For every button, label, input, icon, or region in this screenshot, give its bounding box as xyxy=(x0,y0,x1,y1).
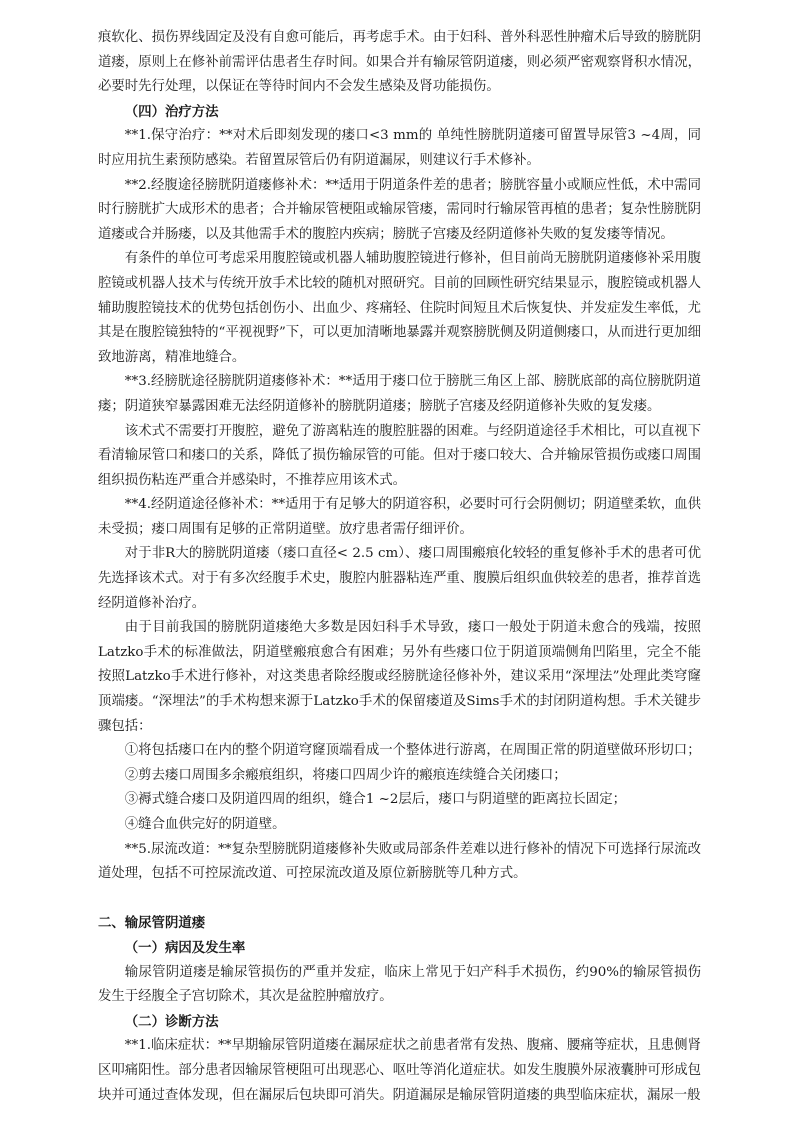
subsection-heading-etiology-incidence: （一）病因及发生率 xyxy=(98,936,701,961)
subsection-heading-diagnosis-methods: （二）诊断方法 xyxy=(98,1010,701,1035)
paragraph-latzko-deep-burial-method: 由于目前我国的膀胱阴道瘘绝大多数是因妇科手术导致，瘘口一般处于阴道未愈合的残端，… xyxy=(98,616,701,739)
list-item-step-4: ④缝合血供完好的阴道壁。 xyxy=(98,813,701,838)
paragraph-surgery-timing-continuation: 痕软化、损伤界线固定及没有自愈可能后，再考虑手术。由于妇科、普外科恶性肿瘤术后导… xyxy=(98,26,701,100)
paragraph-laparoscopic-repair: 有条件的单位可考虑采用腹腔镜或机器人辅助腹腔镜进行修补，但目前尚无膀胱阴道瘘修补… xyxy=(98,247,701,370)
paragraph-etiology-incidence: 输尿管阴道瘘是输尿管损伤的严重并发症，临床上常见于妇产科手术损伤，约90%的输尿… xyxy=(98,961,701,1010)
paragraph-transvaginal-selection: 对于非R大的膀胱阴道瘘（瘘口直径< 2.5 cm）、瘘口周围瘢痕化较轻的重复修补… xyxy=(98,542,701,616)
paragraph-transvaginal-repair: **4.经阴道途径修补术：**适用于有足够大的阴道容积，必要时可行会阴侧切；阴道… xyxy=(98,493,701,542)
paragraph-transvesical-repair-notes: 该术式不需要打开腹腔，避免了游离粘连的腹腔脏器的困难。与经阴道途径手术相比，可以… xyxy=(98,420,701,494)
document-page: 痕软化、损伤界线固定及没有自愈可能后，再考虑手术。由于妇科、普外科恶性肿瘤术后导… xyxy=(0,0,793,1122)
list-item-step-3: ③褥式缝合瘘口及阴道四周的组织，缝合1 ~2层后，瘘口与阴道壁的距离拉长固定； xyxy=(98,788,701,813)
paragraph-urinary-diversion: **5.尿流改道：**复杂型膀胱阴道瘘修补失败或局部条件差难以进行修补的情况下可… xyxy=(98,838,701,887)
list-item-step-1: ①将包括瘘口在内的整个阴道穹窿顶端看成一个整体进行游离，在周围正常的阴道壁做环形… xyxy=(98,739,701,764)
paragraph-conservative-treatment: **1.保守治疗：**对术后即刻发现的瘘口<3 mm的 单纯性膀胱阴道瘘可留置导… xyxy=(98,124,701,173)
paragraph-transabdominal-repair: **2.经腹途径膀胱阴道瘘修补术：**适用于阴道条件差的患者；膀胱容量小或顺应性… xyxy=(98,174,701,248)
paragraph-clinical-symptoms: **1.临床症状：**早期输尿管阴道瘘在漏尿症状之前患者常有发热、腹痛、腰痛等症… xyxy=(98,1034,701,1108)
section-heading-ureterovaginal-fistula: 二、输尿管阴道瘘 xyxy=(98,911,701,936)
list-item-step-2: ②剪去瘘口周围多余瘢痕组织，将瘘口四周少许的瘢痕连续缝合关闭瘘口； xyxy=(98,764,701,789)
paragraph-transvesical-repair: **3.经膀胱途径膀胱阴道瘘修补术：**适用于瘘口位于膀胱三角区上部、膀胱底部的… xyxy=(98,370,701,419)
subsection-heading-treatment-methods: （四）治疗方法 xyxy=(98,100,701,125)
